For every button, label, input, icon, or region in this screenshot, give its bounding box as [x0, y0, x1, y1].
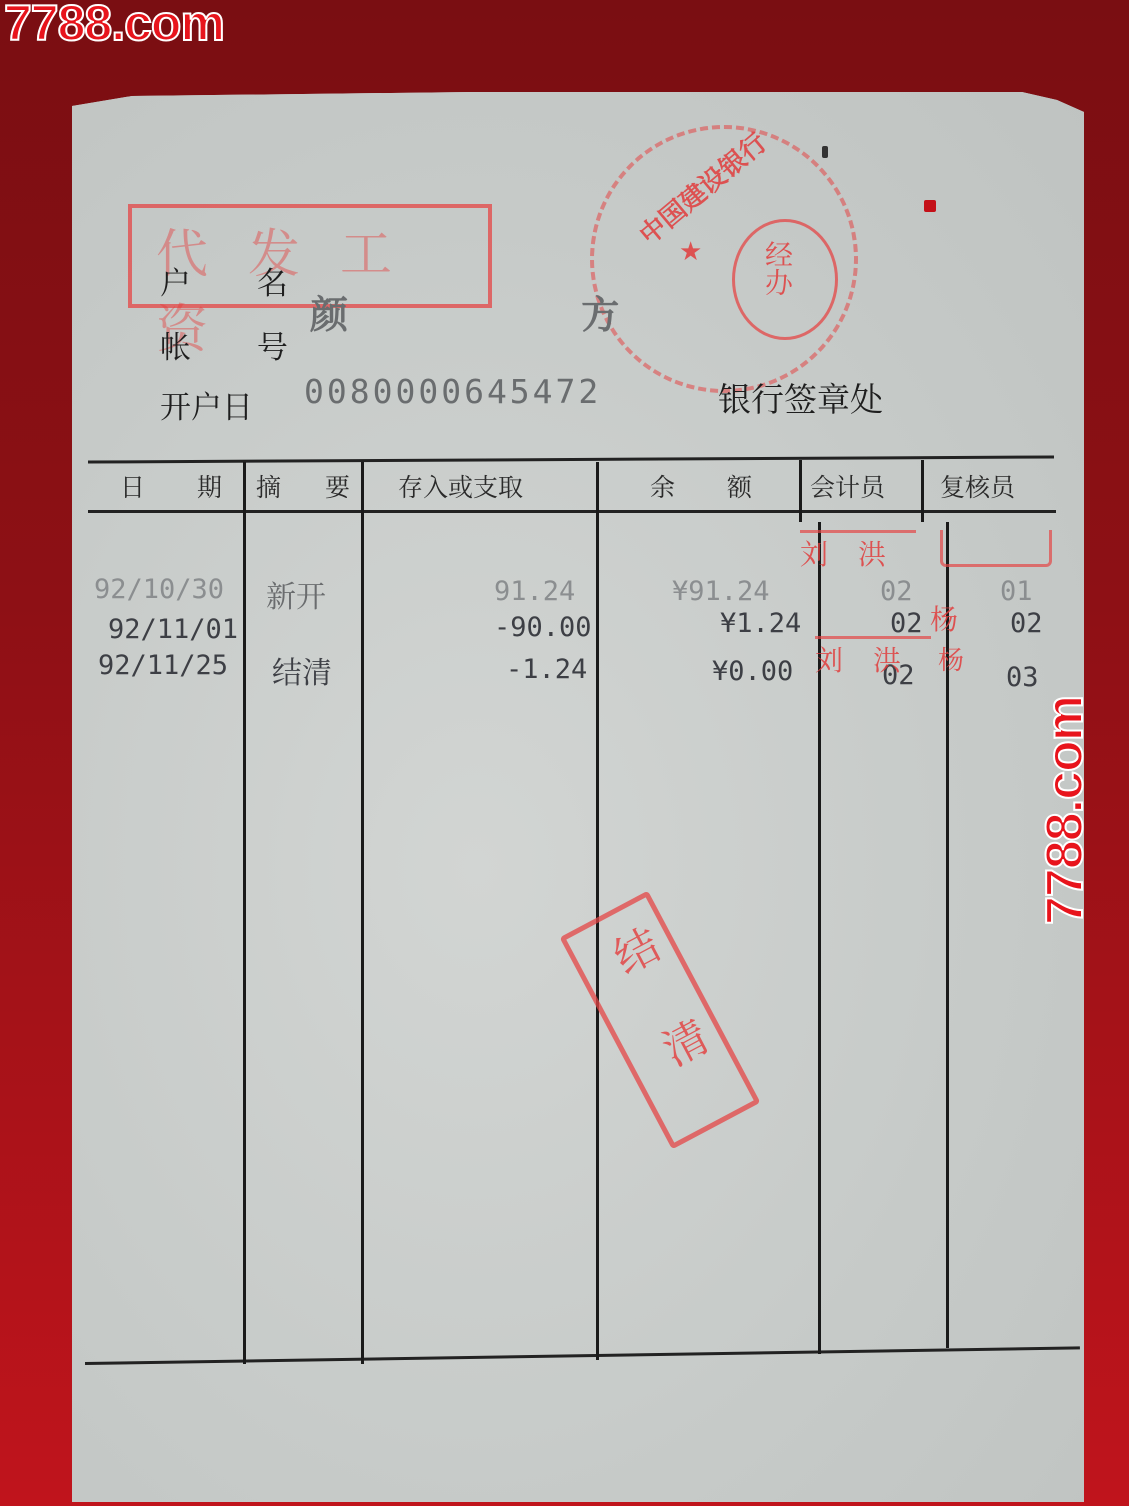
punch-hole: [822, 146, 828, 158]
header-summary: 摘 要: [256, 468, 368, 504]
row-amount: -90.00: [494, 612, 592, 643]
column-divider: [596, 462, 599, 1360]
row-balance: ¥0.00: [712, 656, 793, 687]
header-amount: 存入或支取: [398, 468, 523, 504]
column-divider: [921, 460, 924, 522]
name-label: 户 名: [160, 258, 316, 303]
signature-stamp: 刘洪: [800, 530, 916, 573]
row-summary: 结清: [272, 648, 332, 692]
bank-round-seal: 中国建设银行 ★ 经办: [590, 125, 858, 393]
row-date: 92/11/25: [98, 650, 228, 681]
header-balance: 余 额: [650, 468, 774, 504]
header-accountant: 会计员: [810, 468, 885, 504]
row-reviewer: 01: [1000, 576, 1033, 607]
open-date-label: 开户日: [160, 382, 253, 427]
signature-stamp: 杨: [930, 598, 998, 638]
column-divider: [799, 460, 802, 522]
row-amount: -1.24: [506, 654, 587, 685]
row-reviewer: 02: [1010, 608, 1043, 639]
row-balance: ¥1.24: [720, 608, 801, 639]
row-date: 92/10/30: [94, 574, 224, 605]
star-icon: ★: [679, 237, 702, 267]
row-balance: ¥91.24: [672, 576, 770, 607]
account-label: 帐 号: [160, 322, 316, 367]
watermark-top: 7788.com: [4, 0, 224, 52]
punch-hole: [924, 200, 936, 212]
row-reviewer: 03: [1006, 662, 1039, 693]
row-accountant: 02: [880, 576, 913, 607]
account-number: 0080000645472: [304, 372, 601, 411]
column-divider: [243, 462, 246, 1364]
row-summary: 新开: [266, 572, 326, 616]
row-amount: 91.24: [494, 576, 575, 607]
bank-seal-label: 银行签章处: [718, 374, 883, 421]
signature-stamp: [940, 530, 1052, 567]
header-reviewer: 复核员: [940, 468, 1015, 504]
signature-stamp: 杨: [938, 640, 964, 677]
row-accountant: 02: [890, 608, 923, 639]
header-date: 日 期: [120, 468, 244, 504]
column-divider: [361, 462, 364, 1364]
watermark-side: 7788.com: [1035, 696, 1095, 925]
table-header-rule: [88, 510, 1056, 513]
seal-inner-text: 经办: [757, 240, 797, 296]
signature-stamp: 刘洪: [815, 636, 931, 679]
name-value: 颜 方: [310, 284, 729, 339]
seal-inner-circle: 经办: [732, 219, 838, 340]
row-date: 92/11/01: [108, 614, 238, 645]
